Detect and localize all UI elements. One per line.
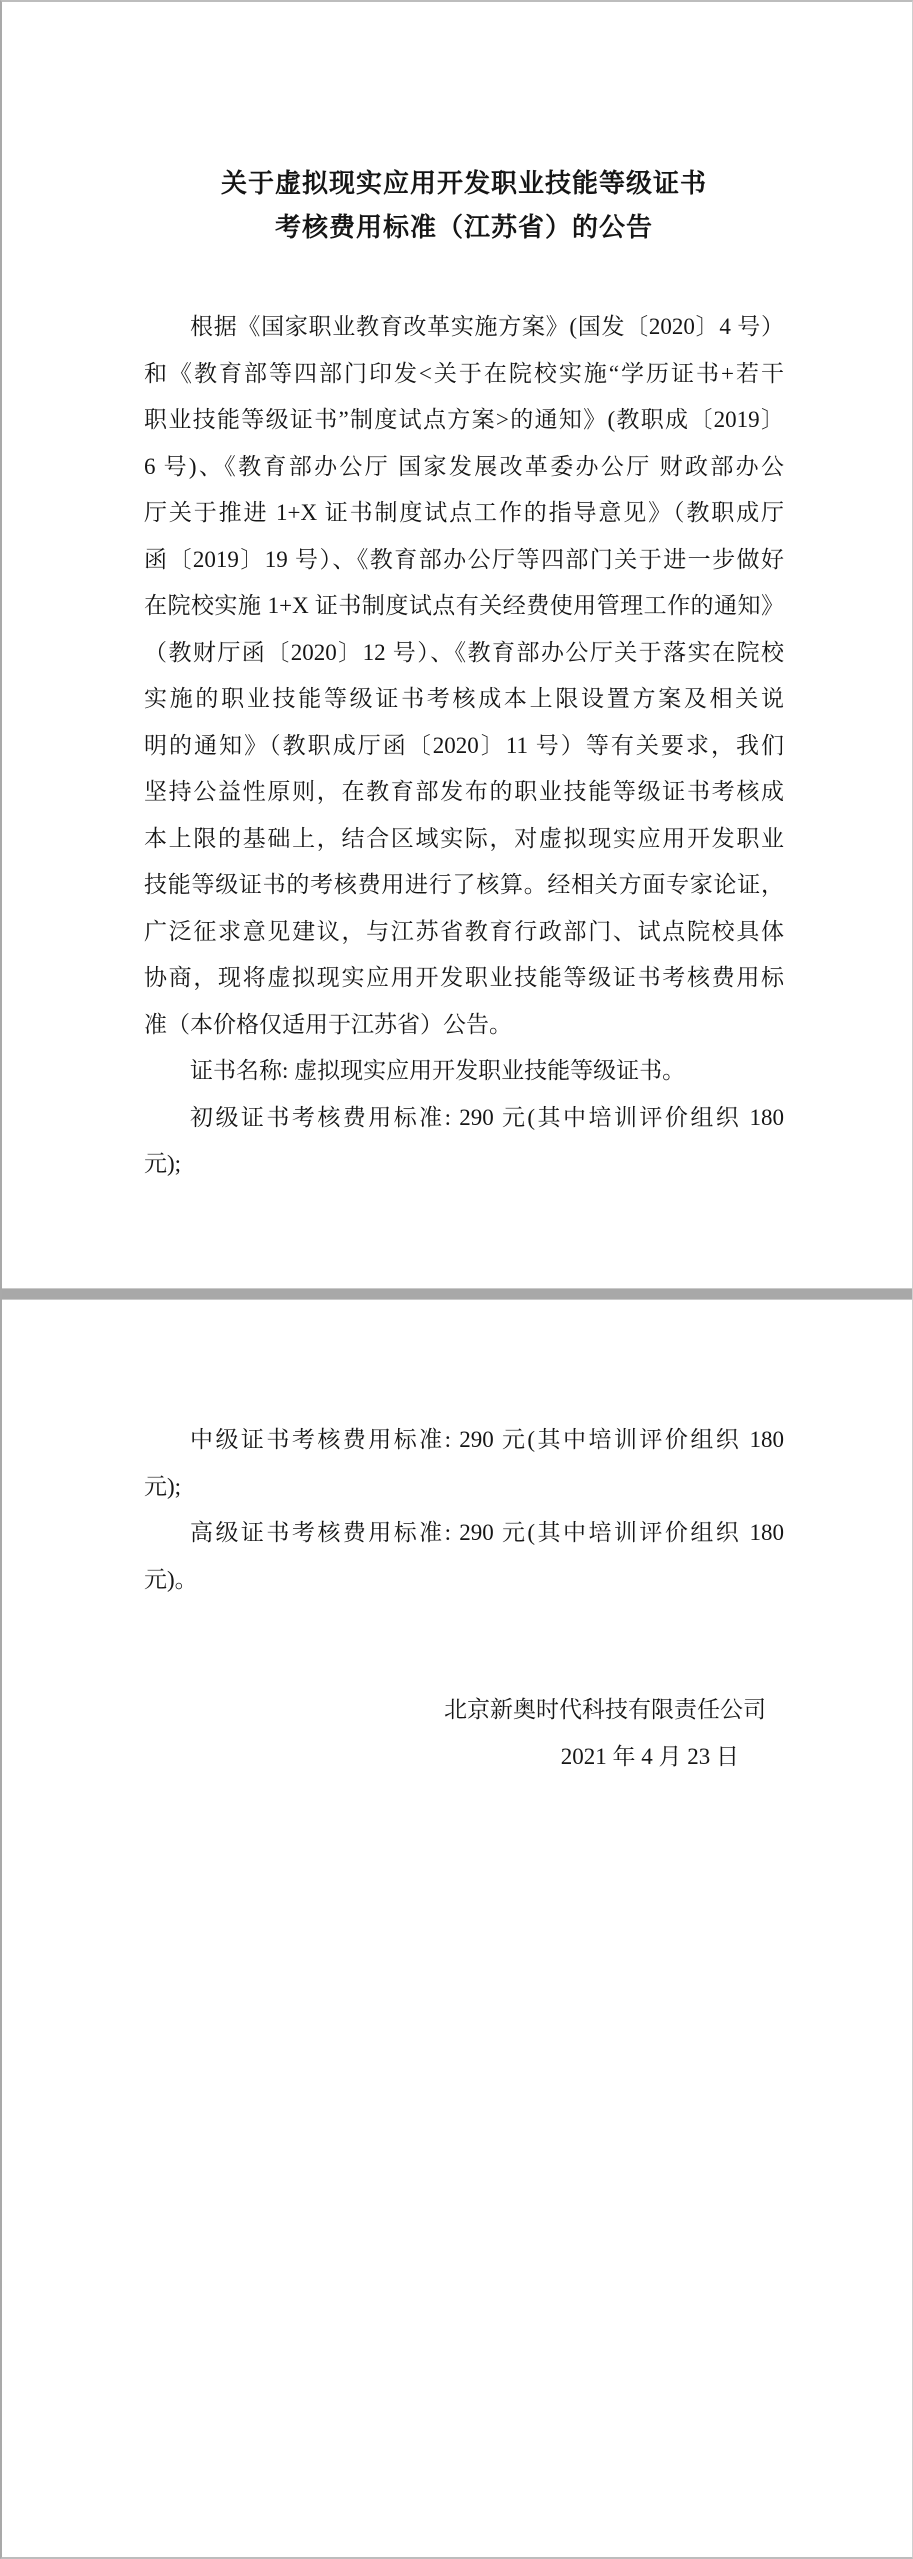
doc-line: （教财厅函〔2020〕12 号）、《教育部办公厅关于落实在院校 — [144, 630, 784, 677]
doc-line: 坚持公益性原则，在教育部发布的职业技能等级证书考核成 — [144, 769, 784, 816]
title-body-gap — [144, 250, 784, 304]
doc-line: 厅关于推进 1+X 证书制度试点工作的指导意见》（教职成厅 — [144, 490, 784, 537]
doc-line: 协商，现将虚拟现实应用开发职业技能等级证书考核费用标 — [144, 955, 784, 1002]
title-line-2: 考核费用标准（江苏省）的公告 — [144, 206, 784, 250]
doc-line: 元); — [144, 1141, 784, 1188]
signature-company: 北京新奥时代科技有限责任公司 — [144, 1686, 784, 1733]
page-separator — [2, 1288, 912, 1300]
doc-line-senior-fee: 高级证书考核费用标准: 290 元(其中培训评价组织 180 — [144, 1510, 784, 1557]
page-2: 中级证书考核费用标准: 290 元(其中培训评价组织 180 元); 高级证书考… — [2, 1300, 912, 2559]
doc-line: 和《教育部等四部门印发<关于在院校实施“学历证书+若干 — [144, 351, 784, 398]
doc-line-intermediate-fee: 中级证书考核费用标准: 290 元(其中培训评价组织 180 — [144, 1417, 784, 1464]
page-1: 关于虚拟现实应用开发职业技能等级证书 考核费用标准（江苏省）的公告 根据《国家职… — [2, 2, 912, 1288]
signature-date: 2021 年 4 月 23 日 — [144, 1733, 784, 1780]
doc-line: 实施的职业技能等级证书考核成本上限设置方案及相关说 — [144, 676, 784, 723]
signature-block: 北京新奥时代科技有限责任公司 2021 年 4 月 23 日 — [144, 1686, 784, 1780]
title-line-1: 关于虚拟现实应用开发职业技能等级证书 — [144, 162, 784, 206]
document-title: 关于虚拟现实应用开发职业技能等级证书 考核费用标准（江苏省）的公告 — [144, 162, 784, 250]
doc-line: 根据《国家职业教育改革实施方案》(国发〔2020〕4 号） — [144, 304, 784, 351]
doc-line: 本上限的基础上，结合区域实际，对虚拟现实应用开发职业 — [144, 816, 784, 863]
doc-line: 函〔2019〕19 号）、《教育部办公厅等四部门关于进一步做好 — [144, 537, 784, 584]
page-1-body: 根据《国家职业教育改革实施方案》(国发〔2020〕4 号） 和《教育部等四部门印… — [144, 304, 784, 1188]
doc-line: 在院校实施 1+X 证书制度试点有关经费使用管理工作的通知》 — [144, 583, 784, 630]
doc-line: 元)。 — [144, 1557, 784, 1604]
document-viewer: 关于虚拟现实应用开发职业技能等级证书 考核费用标准（江苏省）的公告 根据《国家职… — [0, 0, 913, 2559]
doc-line: 职业技能等级证书”制度试点方案>的通知》(教职成〔2019〕 — [144, 397, 784, 444]
doc-line: 技能等级证书的考核费用进行了核算。经相关方面专家论证， — [144, 862, 784, 909]
doc-line: 明的通知》（教职成厅函〔2020〕11 号）等有关要求，我们 — [144, 723, 784, 770]
doc-line: 广泛征求意见建议，与江苏省教育行政部门、试点院校具体 — [144, 909, 784, 956]
doc-line: 6 号)、《教育部办公厅 国家发展改革委办公厅 财政部办公 — [144, 444, 784, 491]
doc-line-junior-fee: 初级证书考核费用标准: 290 元(其中培训评价组织 180 — [144, 1095, 784, 1142]
page-2-body: 中级证书考核费用标准: 290 元(其中培训评价组织 180 元); 高级证书考… — [144, 1417, 784, 1603]
doc-line: 元); — [144, 1464, 784, 1511]
doc-line-certificate-name: 证书名称: 虚拟现实应用开发职业技能等级证书。 — [144, 1048, 784, 1095]
doc-line: 准（本价格仅适用于江苏省）公告。 — [144, 1002, 784, 1049]
